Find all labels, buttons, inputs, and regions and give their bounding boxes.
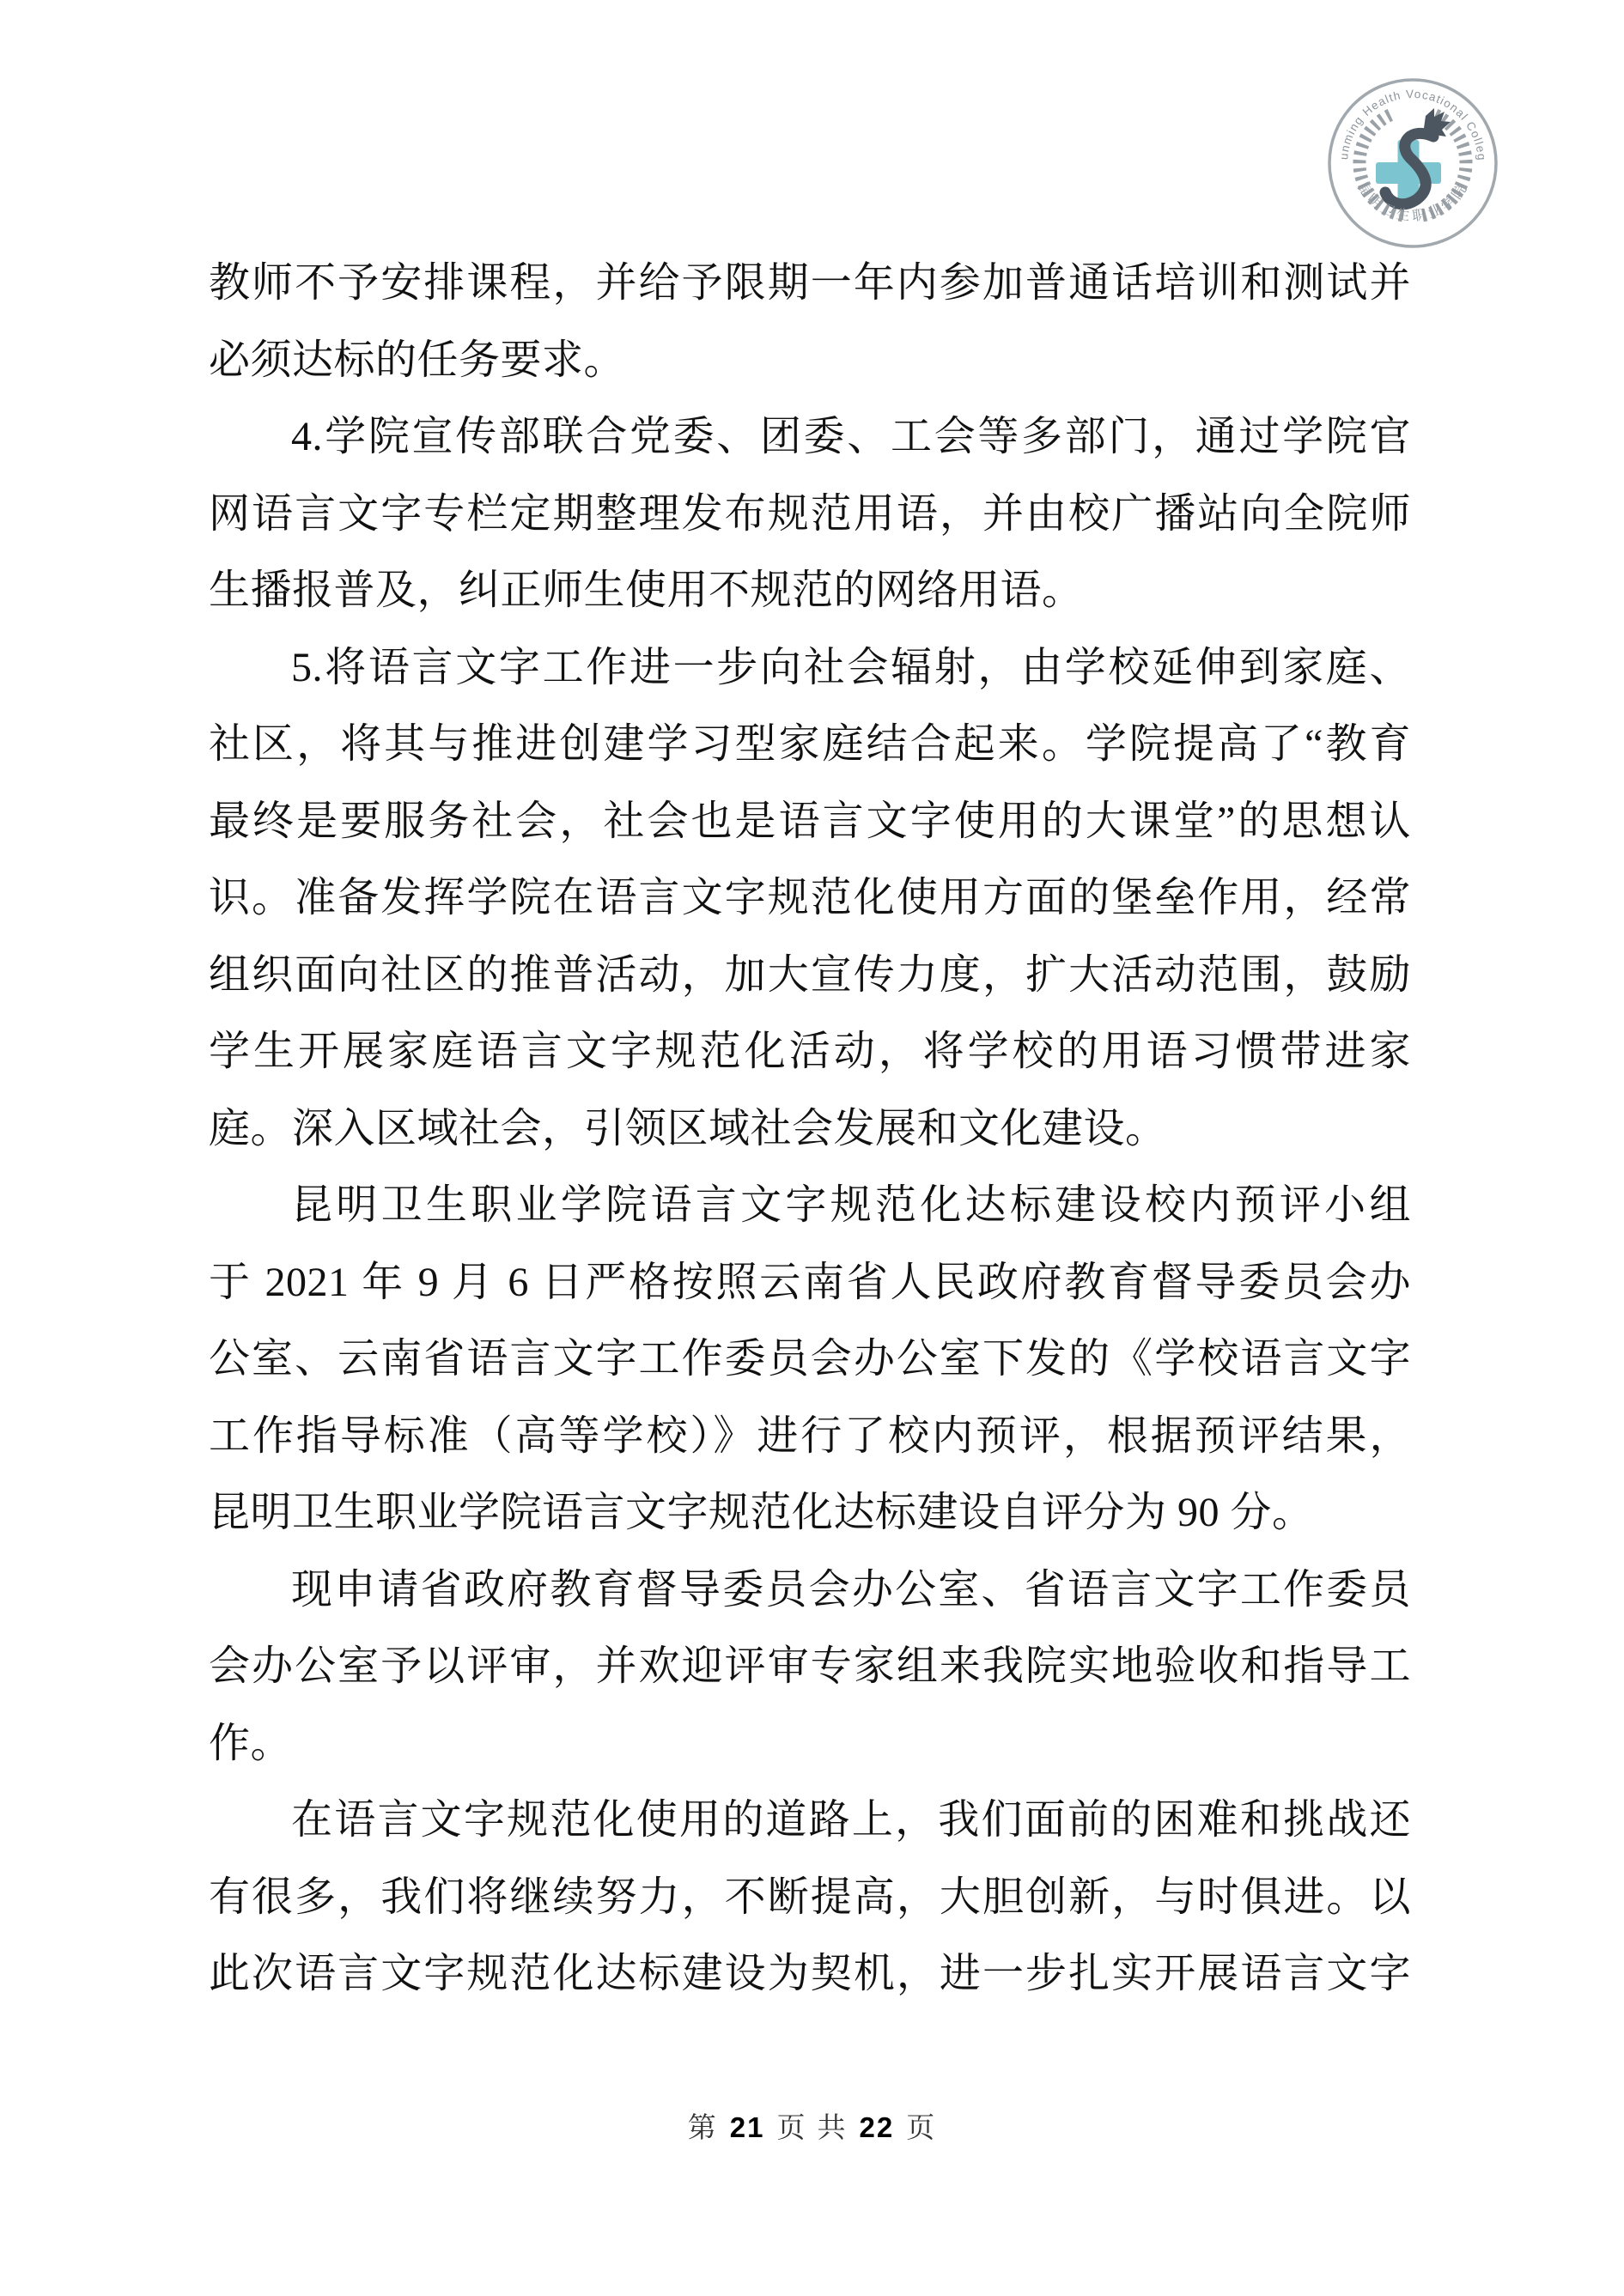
footer-total-pages: 22 xyxy=(853,2111,902,2143)
college-logo: Kunming Health Vocational College 昆明卫生职业… xyxy=(1323,73,1503,253)
document-body: 教师不予安排课程，并给予限期一年内参加普通话培训和测试并 必须达标的任务要求。 … xyxy=(209,245,1411,2013)
text-line: 网语言文字专栏定期整理发布规范用语，并由校广播站向全院师 xyxy=(209,476,1411,553)
footer-current-page: 21 xyxy=(723,2111,772,2143)
text-line: 5.将语言文字工作进一步向社会辐射，由学校延伸到家庭、 xyxy=(209,629,1411,707)
text-line: 昆明卫生职业学院语言文字规范化达标建设校内预评小组 xyxy=(209,1167,1411,1244)
text-line: 最终是要服务社会，社会也是语言文字使用的大课堂”的思想认 xyxy=(209,783,1411,860)
footer-label: 第 xyxy=(683,2113,723,2144)
text-line: 工作指导标准（高等学校）》进行了校内预评，根据预评结果， xyxy=(209,1398,1411,1475)
footer-label: 页 xyxy=(772,2113,812,2144)
text-line: 学生开展家庭语言文字规范化活动，将学校的用语习惯带进家 xyxy=(209,1013,1411,1090)
text-line: 在语言文字规范化使用的道路上，我们面前的困难和挑战还 xyxy=(209,1782,1411,1859)
text-line: 庭。深入区域社会，引领区域社会发展和文化建设。 xyxy=(209,1090,1411,1168)
text-line: 昆明卫生职业学院语言文字规范化达标建设自评分为 90 分。 xyxy=(209,1474,1411,1552)
document-page: Kunming Health Vocational College 昆明卫生职业… xyxy=(0,0,1624,2296)
text-line: 于 2021 年 9 月 6 日严格按照云南省人民政府教育督导委员会办 xyxy=(209,1244,1411,1321)
text-line: 生播报普及，纠正师生使用不规范的网络用语。 xyxy=(209,552,1411,629)
text-line: 必须达标的任务要求。 xyxy=(209,322,1411,399)
text-line: 4.学院宣传部联合党委、团委、工会等多部门，通过学院官 xyxy=(209,398,1411,476)
text-line: 现申请省政府教育督导委员会办公室、省语言文字工作委员 xyxy=(209,1552,1411,1629)
text-line: 社区，将其与推进创建学习型家庭结合起来。学院提高了“教育 xyxy=(209,706,1411,783)
text-line: 此次语言文字规范化达标建设为契机，进一步扎实开展语言文字 xyxy=(209,1935,1411,2013)
page-footer: 第21页共22页 xyxy=(0,2105,1624,2146)
text-line: 公室、云南省语言文字工作委员会办公室下发的《学校语言文字 xyxy=(209,1321,1411,1398)
college-seal-icon: Kunming Health Vocational College 昆明卫生职业… xyxy=(1323,73,1503,253)
text-line: 会办公室予以评审，并欢迎评审专家组来我院实地验收和指导工 xyxy=(209,1628,1411,1705)
text-line: 有很多，我们将继续努力，不断提高，大胆创新，与时俱进。以 xyxy=(209,1859,1411,1936)
footer-label: 页 xyxy=(901,2113,941,2144)
footer-label: 共 xyxy=(812,2113,853,2144)
text-line: 作。 xyxy=(209,1705,1411,1783)
text-line: 教师不予安排课程，并给予限期一年内参加普通话培训和测试并 xyxy=(209,245,1411,322)
text-line: 识。准备发挥学院在语言文字规范化使用方面的堡垒作用，经常 xyxy=(209,859,1411,937)
text-line: 组织面向社区的推普活动，加大宣传力度，扩大活动范围，鼓励 xyxy=(209,937,1411,1014)
